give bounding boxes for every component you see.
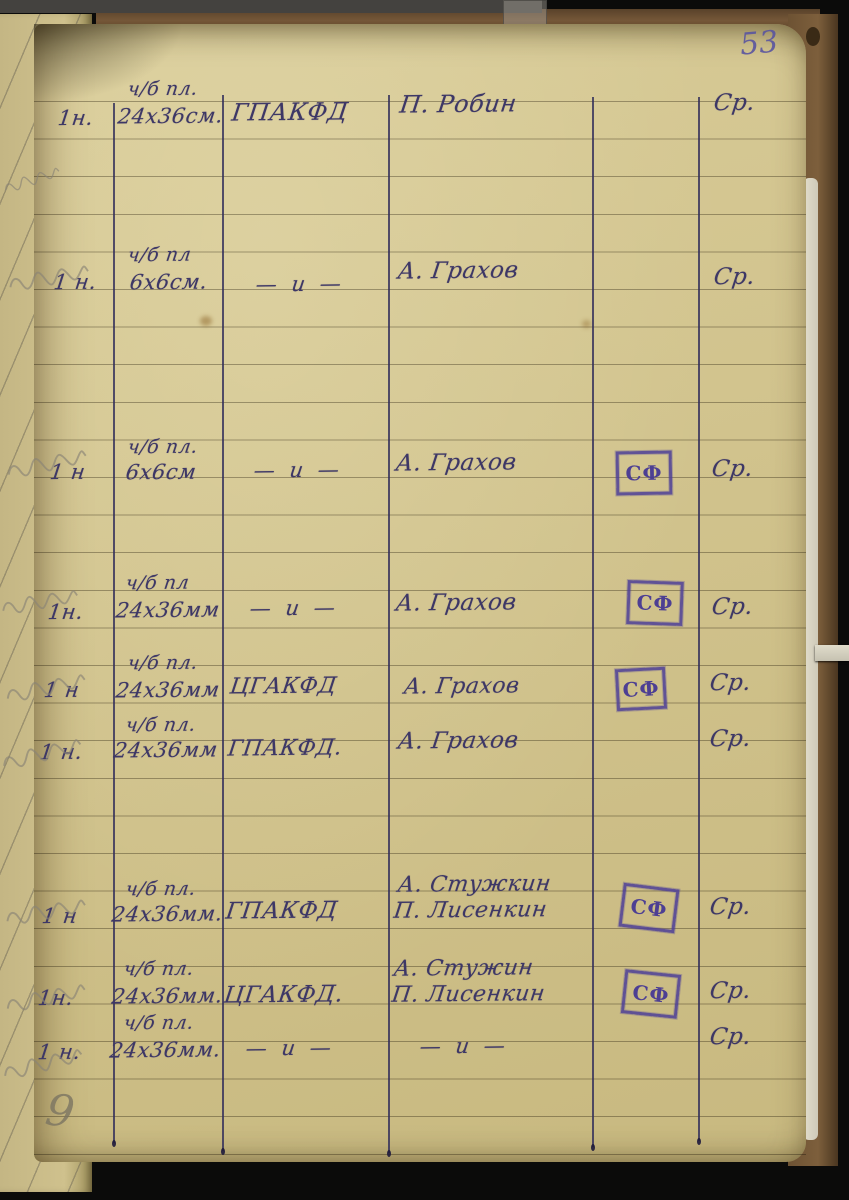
size-line2: 24х36мм	[112, 737, 219, 762]
qty-cell: 1н.	[56, 106, 95, 130]
size-line2: 6х6см	[124, 460, 197, 485]
scanner-clamp-strip	[0, 0, 542, 13]
quality-cell: Ср.	[708, 894, 753, 920]
sf-stamp: СФ	[626, 580, 684, 626]
scanned-ledger-page: 53 9 1н. ч/б пл. 24х36см. ГПАКФД П. Роби…	[0, 0, 849, 1200]
author-cell: А. Грахов	[394, 589, 518, 616]
archive-cell: ЦГАКФД	[228, 673, 338, 699]
sf-stamp: СФ	[621, 969, 681, 1019]
paper-stain	[200, 316, 212, 326]
size-line2: 6х6см.	[128, 270, 209, 295]
punch-hole	[806, 27, 820, 46]
ruler-strip	[815, 645, 849, 661]
size-line2: 24х36мм	[114, 677, 221, 702]
author-cell-2: П. Лисенкин	[390, 981, 546, 1008]
archive-cell: ГПАКФД	[224, 897, 339, 924]
author-cell: А. Грахов	[396, 727, 520, 754]
size-line2: 24х36мм.	[108, 1037, 222, 1062]
size-line1: ч/б пл.	[123, 1012, 196, 1035]
author-cell: А. Грахов	[402, 673, 521, 699]
size-line1: ч/б пл.	[127, 436, 200, 459]
author-cell: А. Стужкин	[396, 871, 552, 898]
column-line-4	[592, 97, 594, 1147]
size-line1: ч/б пл.	[127, 652, 200, 675]
quality-cell: Ср.	[708, 978, 753, 1004]
archive-cell: ЦГАКФД.	[222, 981, 345, 1008]
size-line2: 24х36мм.	[110, 983, 224, 1008]
sf-stamp: СФ	[615, 667, 667, 712]
ditto-mark: — и —	[248, 596, 340, 621]
size-line2: 24х36мм	[114, 597, 221, 622]
size-line1: ч/б пл	[127, 244, 193, 267]
author-cell: П. Робин	[398, 89, 519, 118]
archive-cell: ГПАКФД	[230, 97, 350, 126]
quality-cell: Ср.	[708, 1024, 753, 1050]
author-cell: А. Стужин	[392, 955, 535, 981]
sf-stamp: СФ	[616, 451, 673, 496]
size-line1: ч/б пл.	[123, 958, 196, 981]
size-line1: ч/б пл.	[127, 78, 200, 101]
size-line1: ч/б пл.	[125, 714, 198, 737]
ditto-mark: — и —	[418, 1034, 510, 1059]
size-line1: ч/б пл	[125, 572, 191, 595]
author-cell-2: П. Лисенкин	[392, 897, 548, 924]
column-line-3	[388, 95, 390, 1153]
quality-cell: Ср.	[712, 90, 757, 116]
sf-stamp: СФ	[619, 883, 680, 933]
size-line1: ч/б пл.	[125, 878, 198, 901]
size-line2: 24х36см.	[116, 103, 224, 128]
quality-cell: Ср.	[710, 594, 755, 620]
size-line2: 24х36мм.	[110, 901, 224, 926]
quality-cell: Ср.	[708, 726, 753, 752]
quality-cell: Ср.	[712, 264, 757, 290]
author-cell: А. Грахов	[396, 257, 520, 284]
paper-stain	[582, 320, 591, 328]
ditto-mark: — и —	[254, 272, 346, 297]
archive-cell: ГПАКФД.	[226, 735, 344, 761]
page-number-top: 53	[739, 24, 780, 62]
column-line-5	[698, 97, 700, 1141]
author-cell: А. Грахов	[394, 449, 518, 476]
ditto-mark: — и —	[244, 1036, 336, 1061]
quality-cell: Ср.	[708, 670, 753, 696]
ditto-mark: — и —	[252, 458, 344, 483]
quality-cell: Ср.	[710, 456, 755, 482]
